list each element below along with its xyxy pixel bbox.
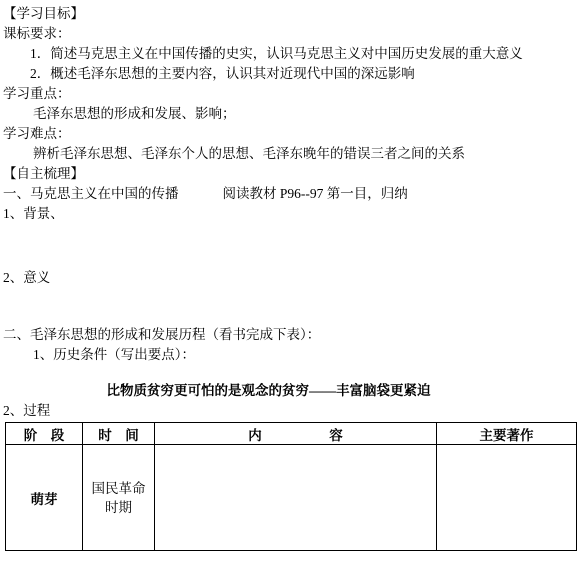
table-header-works: 主要著作	[437, 423, 577, 445]
section-1-item-background: 1、背景、	[3, 204, 577, 224]
curriculum-item-2: 2．概述毛泽东思想的主要内容，认识其对近现代中国的深远影响	[3, 64, 577, 84]
time-cell: 国民革命时期	[83, 445, 155, 551]
mao-thought-stages-table: 阶 段 时 间 内 容 主要著作 萌芽 国民革命时期	[5, 422, 577, 551]
section-2-title: 二、毛泽东思想的形成和发展历程（看书完成下表）：	[3, 325, 577, 345]
works-cell	[437, 445, 577, 551]
section-2-item-conditions: 1、历史条件（写出要点）：	[3, 345, 577, 365]
review-header: 【自主梳理】	[3, 164, 577, 184]
section-2-item-process: 2、过程	[3, 401, 577, 421]
motto-line: 比物质贫穷更可怕的是观念的贫穷——丰富脑袋更紧迫	[3, 381, 534, 401]
table-row: 萌芽 国民革命时期	[6, 445, 577, 551]
difficulty-label: 学习难点：	[3, 124, 577, 144]
table-header-stage: 阶 段	[6, 423, 83, 445]
table-header-row: 阶 段 时 间 内 容 主要著作	[6, 423, 577, 445]
table-header-time: 时 间	[83, 423, 155, 445]
goals-header: 【学习目标】	[3, 4, 577, 24]
focus-label: 学习重点：	[3, 84, 577, 104]
section-1-heading: 一、马克思主义在中国的传播阅读教材 P96--97 第一目，归纳	[3, 184, 577, 204]
table-header-content: 内 容	[155, 423, 437, 445]
section-1-item-significance: 2、意义	[3, 268, 577, 288]
focus-text: 毛泽东思想的形成和发展、影响；	[3, 104, 577, 124]
section-1-reading-note: 阅读教材 P96--97 第一目，归纳	[223, 186, 408, 201]
curriculum-label: 课标要求：	[3, 24, 577, 44]
section-1-title: 一、马克思主义在中国的传播	[3, 186, 179, 201]
stage-cell: 萌芽	[6, 445, 83, 551]
worksheet-document: 【学习目标】 课标要求： 1．简述马克思主义在中国传播的史实，认识马克思主义对中…	[0, 0, 581, 551]
difficulty-text: 辨析毛泽东思想、毛泽东个人的思想、毛泽东晚年的错误三者之间的关系	[3, 144, 577, 164]
content-cell	[155, 445, 437, 551]
curriculum-item-1: 1．简述马克思主义在中国传播的史实，认识马克思主义对中国历史发展的重大意义	[3, 44, 577, 64]
